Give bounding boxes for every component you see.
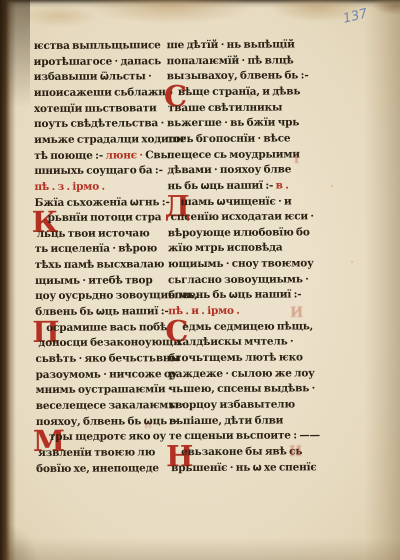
text-line: язвленїи твоѥю лю (36, 445, 155, 461)
body-text: ипоисажеши сьблажно (34, 86, 173, 99)
body-text: ть исцеленїа · вѣрою (35, 243, 157, 256)
body-text: тваше свѣтилникы (168, 101, 282, 114)
text-line: лещесе сь моудрыими (167, 147, 300, 163)
text-line: вьпіаше, дѣти блви (169, 413, 283, 429)
body-text: бгочьтщемь лютѣ ѥко (168, 351, 302, 364)
body-text: халдѣискы мчтель · (176, 336, 293, 349)
body-text: льць твои источаю (37, 227, 150, 240)
body-text: едмь седмицею пѣщь, (182, 320, 313, 333)
body-text: тѣ поюще :- (34, 149, 105, 161)
body-text: врьшенїє · нь ѡ хе спенїє (171, 461, 317, 474)
rubric-text: пѣ . з . ірмо . (34, 180, 105, 192)
text-line: мнимь оустрашаѥмїи · (36, 382, 172, 398)
body-text: шамь ѡчищенїє · и (180, 195, 291, 208)
text-line: тваше свѣтилникы (167, 100, 282, 116)
body-text: блвень бь ѡць нашиї :- (168, 289, 301, 302)
text-line: осрамише вась побѣ (35, 320, 167, 336)
rubric-text: люнє · (105, 149, 145, 161)
body-text: хотещїи шьствовати (34, 102, 157, 115)
body-text: дѣвами · пояхоу блве (167, 164, 291, 177)
text-line: бовїю хе, инепощеде (36, 461, 159, 477)
body-text: щиымь · итебѣ твор (35, 274, 153, 287)
text-line: врьшенїє · нь ѡ хе спенїє (169, 460, 317, 477)
text-line: вѣроующе илюбовїю бо (168, 225, 310, 242)
text-line: блвень бь ѡць нашиї :- (168, 288, 301, 304)
text-line: халдѣискы мчтель · (168, 335, 293, 351)
text-line: ше дѣтїй · нь вьпѣщїй (167, 37, 295, 53)
text-line: вьжегше · вь бжїи чрь (167, 116, 299, 132)
body-text: вѣще странїа, и дѣвь (178, 85, 301, 98)
text-line: вѣще странїа, и дѣвь (167, 84, 301, 100)
body-text: осрамише вась побѣ (46, 321, 167, 334)
body-text: вьпіаше, дѣти блви (169, 414, 283, 427)
show-through-mark: і (294, 152, 299, 167)
show-through-mark: И (290, 305, 303, 321)
text-line: шниыхь соущаго ба :- (34, 163, 162, 179)
body-text: поуть свѣдѣтельства · (34, 117, 164, 130)
body-text: вьжегше · вь бжїи чрь (167, 117, 299, 130)
text-line: тѣ поюще :- люнє · Свы (34, 148, 171, 164)
body-text: евьзаконе бы явѣ сь (181, 445, 302, 458)
body-text: тѣхь памѣ высхвалаю (35, 258, 164, 271)
body-text: сьвѣть · яко бечьстьвны (35, 352, 180, 365)
body-text: чьшею, спсены выдѣвь · (169, 383, 315, 396)
text-line: ипоисажеши сьблажно (34, 85, 173, 102)
text-line: тѣхь памѣ высхвалаю (35, 257, 164, 273)
body-text: вызывахоу, блвень бь :- (167, 70, 309, 83)
body-text: жїю мтрь исповѣда (168, 242, 283, 255)
text-line: рьвнїи потоци стра (35, 210, 162, 226)
text-line: иротѣшагосе · дапась (34, 54, 161, 70)
body-text: язвленїи твоѥю лю (38, 446, 155, 459)
body-text: раждеже · сылою же лоу (169, 367, 315, 380)
rubric-text: в . (276, 179, 289, 191)
text-line: раждеже · сылою же лоу (169, 366, 315, 383)
text-line: сьвѣть · яко бечьстьвны (35, 351, 180, 368)
text-line: дѣвами · пояхоу блве (167, 163, 291, 179)
body-text: ше дѣтїй · нь вьпѣщїй (167, 38, 295, 51)
body-text: попалаѥмїй · пѣ влцѣ (167, 54, 294, 67)
body-text: иротѣшагосе · дапась (34, 55, 161, 68)
body-text: лещесе сь моудрыими (167, 148, 300, 161)
text-line: жїю мтрь исповѣда (168, 241, 283, 257)
text-line: едмь седмицею пѣщь, (168, 319, 313, 336)
manuscript-page: ѥства выпльщьшисеиротѣшагосе · дапасьизб… (0, 0, 400, 560)
text-line: щиымь · итебѣ твор (35, 273, 153, 289)
text-line: избавыши ѿльсты · (34, 70, 152, 86)
text-line: тры щедротє яко оу (36, 429, 166, 445)
text-line: доносци безаконоующи (35, 335, 180, 352)
text-line: льць твои источаю (35, 226, 150, 242)
text-line: тогь бгопоснїи · вѣсе (167, 131, 290, 147)
body-text: ѥства выпльщьшисе (34, 39, 161, 52)
body-text: творцоу избавытелю (169, 398, 295, 411)
body-text: спсенїю исходатаи ѥси · (171, 210, 314, 223)
text-line: чьшею, спсены выдѣвь · (169, 382, 316, 399)
body-text: сьгласно зовоущиымь · (168, 273, 309, 286)
body-text: рьвнїи потоци стра (48, 211, 162, 224)
show-through-mark: и (144, 418, 152, 431)
text-line: вызывахоу, блвень бь :- (167, 69, 309, 86)
show-through-mark: И (289, 444, 302, 460)
body-text: доносци безаконоующи (38, 336, 180, 349)
body-text: веселещесе закалаѥмы · (36, 399, 185, 412)
text-column-right: ше дѣтїй · нь вьпѣщїйпопалаѥмїй · пѣ влц… (167, 37, 322, 478)
body-text: вѣроующе илюбовїю бо (168, 226, 310, 239)
manuscript-photo: ѥства выпльщьшисеиротѣшагосе · дапасьизб… (0, 0, 400, 560)
body-text: мнимь оустрашаѥмїи · (36, 383, 172, 396)
text-line: шамь ѡчищенїє · и (167, 194, 291, 210)
text-line: сьгласно зовоущиымь · (168, 272, 309, 289)
text-column-left: ѥства выпльщьшисеиротѣшагосе · дапасьизб… (34, 38, 170, 479)
rubric-line: пѣ . з . ірмо . (34, 179, 105, 195)
text-line: разоумомь · ничсоже оу (36, 367, 178, 384)
body-text: избавыши ѿльсты · (34, 71, 152, 84)
text-line: бгочьтщемь лютѣ ѥко (168, 350, 302, 366)
body-text: тогь бгопоснїи · вѣсе (167, 132, 290, 145)
text-line: попалаѥмїй · пѣ влцѣ (167, 53, 294, 69)
text-line: творцоу избавытелю (169, 397, 295, 413)
text-line: ѥства выпльщьшисе (34, 38, 161, 54)
body-text: шниыхь соущаго ба :- (34, 164, 162, 177)
text-line: имьже страдалци ходише (34, 132, 186, 149)
body-text: тры щедротє яко оу (49, 430, 166, 443)
body-text: разоумомь · ничсоже оу (36, 368, 178, 381)
text-line: ющиымь · сноу твоѥмоу (168, 256, 314, 273)
body-text: имьже страдалци ходише (34, 133, 186, 146)
body-text: ющиымь · сноу твоѥмоу (168, 257, 314, 270)
text-line: спсенїю исходатаи ѥси · (168, 209, 314, 226)
text-line: хотещїи шьствовати (34, 101, 157, 117)
text-line: поуть свѣдѣтельства · (34, 116, 164, 132)
text-line: ть исцеленїа · вѣрою (35, 242, 157, 258)
text-line: евьзаконе бы явѣ сь (169, 444, 302, 460)
body-text: бовїю хе, инепощеде (36, 462, 159, 475)
text-line: веселещесе закалаѥмы · (36, 398, 185, 415)
